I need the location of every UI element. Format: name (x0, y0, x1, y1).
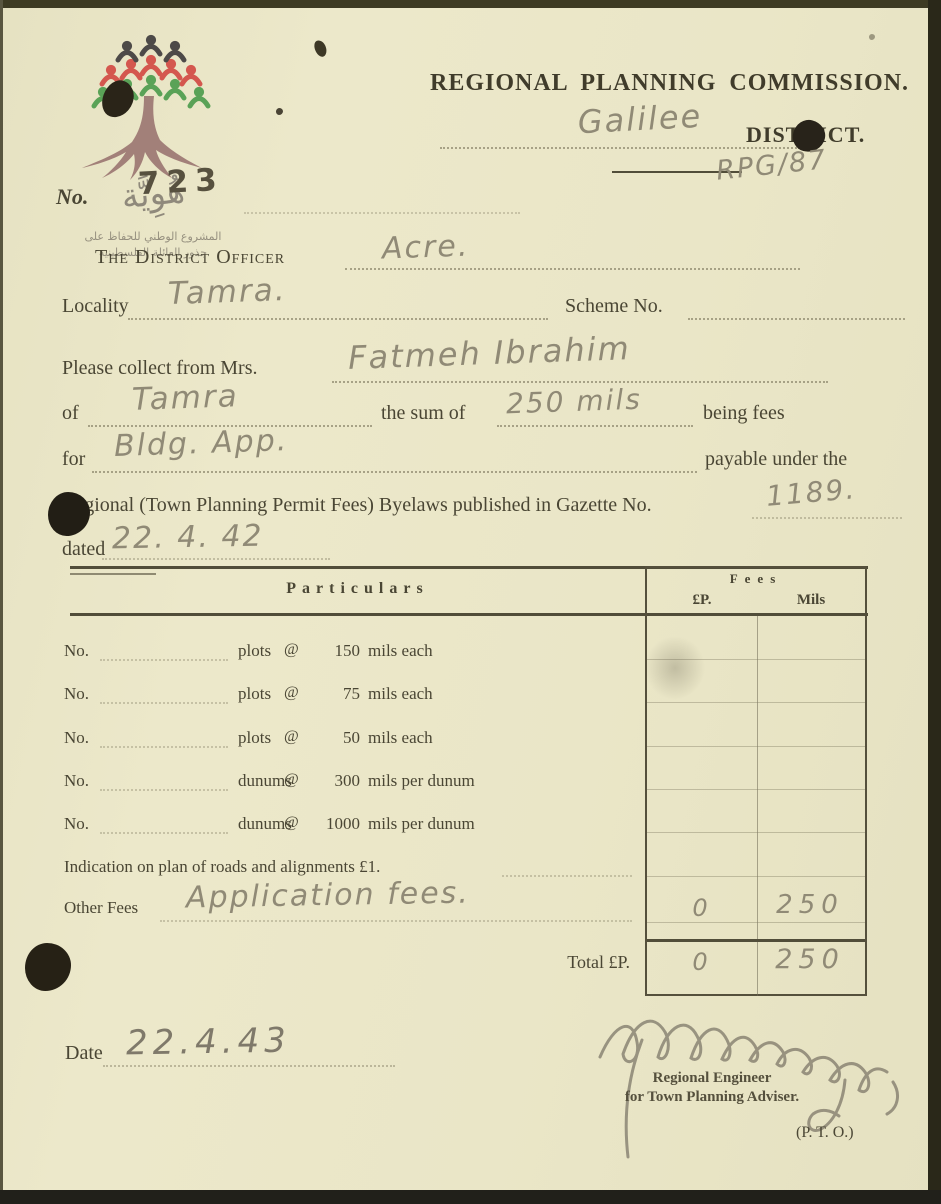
row-suffix: mils each (368, 684, 433, 704)
row-prefix: No. (64, 814, 89, 834)
row-suffix: mils each (368, 641, 433, 661)
locality-label: Locality (62, 295, 129, 318)
punch-hole (25, 943, 71, 991)
other-fees-lp: 0 (647, 894, 755, 922)
date-value: 22.4.43 (126, 1021, 291, 1064)
row-at: @ (284, 771, 299, 789)
pto-note: (P. T. O.) (796, 1124, 854, 1142)
scan-edge-right (928, 0, 941, 1204)
row-prefix: No. (64, 684, 89, 704)
being-fees-label: being fees (703, 402, 785, 425)
row-rate: 75 (305, 684, 360, 704)
total-lp: 0 (647, 948, 755, 976)
gazette-no: 1189. (765, 472, 858, 513)
signer-title-line1: Regional Engineer (612, 1070, 812, 1087)
fees-row-line (647, 876, 865, 877)
row-at: @ (284, 814, 299, 832)
other-fees-label: Other Fees (64, 898, 138, 918)
row-leader (100, 659, 228, 661)
indication-leader (502, 875, 632, 877)
sum-value: 250 mils (505, 383, 642, 421)
serial-no-value: 723 (137, 162, 224, 202)
logo-arabic-line1: المشروع الوطني للحفاظ على (58, 230, 248, 243)
fees-total-rule (647, 939, 865, 942)
date-line (103, 1065, 395, 1067)
district-officer-label: The District Officer (95, 246, 285, 269)
for-label: for (62, 448, 85, 471)
other-fees-mils: 250 (760, 890, 860, 920)
scanned-form-page: هُوِيَّة المشروع الوطني للحفاظ على جذور … (0, 0, 941, 1204)
byelaws-line: Regional (Town Planning Permit Fees) Bye… (62, 494, 652, 517)
locality-line (128, 318, 548, 320)
row-suffix: mils per dunum (368, 771, 475, 791)
row-unit: plots (238, 728, 271, 748)
row-at: @ (284, 641, 299, 659)
scheme-no-label: Scheme No. (565, 295, 663, 318)
serial-line (244, 212, 520, 214)
row-rate: 1000 (305, 814, 360, 834)
district-value: Galilee (499, 93, 781, 146)
ink-speck (276, 108, 283, 115)
scan-edge-top (0, 0, 941, 8)
date-label: Date (65, 1042, 103, 1065)
row-prefix: No. (64, 641, 89, 661)
row-rate: 50 (305, 728, 360, 748)
organization-logo: هُوِيَّة المشروع الوطني للحفاظ على جذور … (48, 26, 258, 276)
sum-line (497, 425, 693, 427)
fees-row-line (647, 922, 865, 923)
scheme-no-line (688, 318, 905, 320)
table-top-dash (70, 573, 156, 575)
other-fees-leader (160, 920, 632, 922)
other-fees-value: Application fees. (186, 876, 470, 916)
row-unit: plots (238, 684, 271, 704)
row-suffix: mils each (368, 728, 433, 748)
row-leader (100, 702, 228, 704)
row-rate: 300 (305, 771, 360, 791)
row-suffix: mils per dunum (368, 814, 475, 834)
dated-label: dated (62, 538, 105, 561)
row-unit: plots (238, 641, 271, 661)
sum-label: the sum of (381, 402, 465, 425)
row-at: @ (284, 684, 299, 702)
particulars-header: Particulars (70, 580, 645, 598)
tree-of-people-icon (48, 26, 258, 186)
locality-value: Tamra. (167, 272, 287, 312)
fee-purpose: Bldg. App. (113, 423, 288, 464)
row-leader (100, 832, 228, 834)
punch-hole (48, 492, 90, 536)
row-at: @ (284, 728, 299, 746)
district-officer-value: Acre. (381, 228, 470, 266)
row-rate: 150 (305, 641, 360, 661)
ink-speck (869, 34, 875, 40)
ref-number: RPG/87 (715, 144, 829, 186)
scan-edge-bottom (0, 1190, 941, 1204)
for-line (92, 471, 697, 473)
payer-name: Fatmeh Ibrahim (347, 329, 631, 377)
total-label: Total £P. (430, 952, 630, 973)
row-leader (100, 746, 228, 748)
gazette-line (752, 517, 902, 519)
collect-label: Please collect from Mrs. (62, 357, 258, 380)
lp-col-header: £P. (647, 592, 757, 609)
fees-box (645, 566, 867, 996)
mils-col-header: Mils (757, 592, 865, 609)
row-prefix: No. (64, 771, 89, 791)
of-label: of (62, 402, 79, 425)
dated-value: 22. 4. 42 (112, 519, 264, 557)
officer-line (345, 268, 800, 270)
scan-edge-left (0, 0, 3, 1204)
fees-row-line (647, 832, 865, 833)
payable-label: payable under the (705, 448, 847, 471)
row-leader (100, 789, 228, 791)
collect-line (332, 381, 828, 383)
indication-label: Indication on plan of roads and alignmen… (64, 857, 380, 877)
fees-row-line (647, 789, 865, 790)
signature-scrawl (575, 1002, 925, 1172)
row-prefix: No. (64, 728, 89, 748)
fees-row-line (647, 746, 865, 747)
total-mils: 250 (760, 944, 860, 975)
serial-no-label: No. (56, 184, 88, 210)
fees-row-line (647, 702, 865, 703)
signer-title-line2: for Town Planning Adviser. (612, 1089, 812, 1106)
ink-speck (312, 38, 329, 58)
form-title: REGIONAL PLANNING COMMISSION. (430, 70, 900, 97)
payer-locality: Tamra (131, 378, 239, 418)
fees-header: Fees (647, 571, 865, 587)
dated-line (102, 558, 330, 560)
